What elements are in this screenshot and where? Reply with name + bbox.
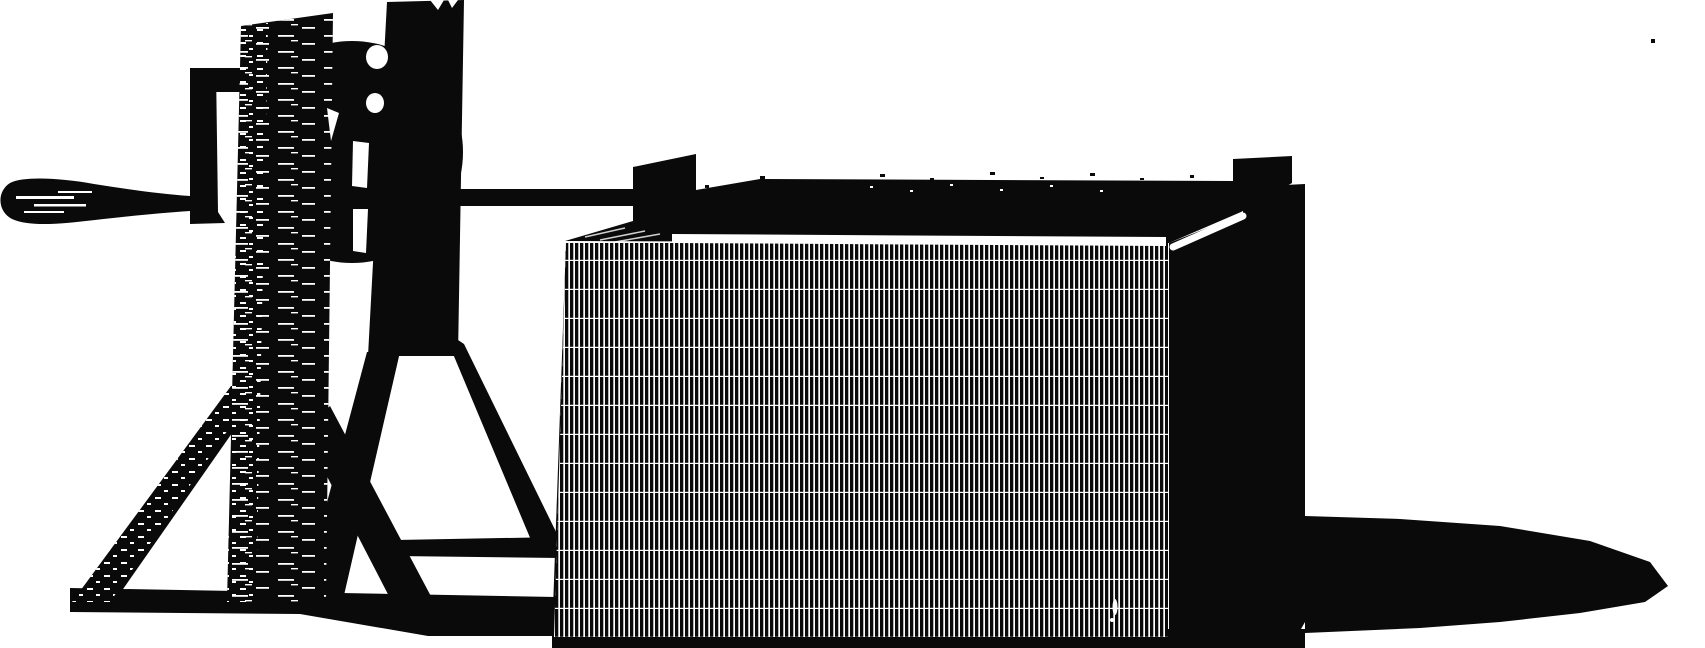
ink-speck — [880, 174, 885, 177]
spoke-gap — [353, 209, 368, 253]
ink-speck — [820, 180, 824, 182]
mark-slit — [1113, 599, 1118, 615]
mark-dot — [1110, 618, 1114, 622]
stray-ink-dot — [1651, 39, 1655, 43]
front-face-slats — [554, 243, 1168, 637]
spoke-gap — [366, 93, 384, 113]
ink-speck — [990, 172, 995, 175]
paper-fleck — [910, 190, 913, 192]
grip-highlight — [34, 204, 86, 207]
ink-speck — [1090, 173, 1095, 176]
spoke-gap — [352, 141, 369, 188]
ink-speck — [1190, 175, 1194, 178]
box-front-face — [554, 243, 1168, 637]
box-right-face — [1169, 184, 1305, 638]
ink-speck — [1040, 177, 1044, 179]
cross-brace — [396, 537, 560, 558]
engraving-sheet — [0, 0, 1705, 648]
paper-fleck — [1000, 189, 1003, 191]
paper-fleck — [870, 186, 873, 188]
spoke-gap — [366, 45, 388, 69]
ink-speck — [930, 178, 934, 180]
paper-fleck — [950, 184, 953, 186]
engraving-figure — [0, 0, 1705, 648]
grip-highlight — [16, 196, 74, 199]
paper-fleck — [1100, 190, 1103, 192]
drive-shaft — [456, 189, 638, 206]
ink-speck — [705, 185, 709, 188]
ink-speck — [1140, 178, 1144, 180]
paper-fleck — [1050, 185, 1053, 187]
grip-highlight — [24, 211, 64, 213]
grip-highlight — [58, 191, 92, 193]
ink-speck — [760, 176, 765, 179]
